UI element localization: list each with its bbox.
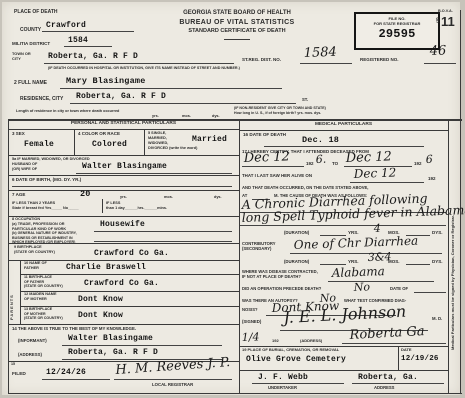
- length-of-residence-label: Length of residence in city or town wher…: [16, 109, 119, 114]
- age-mos-label: mos.: [164, 195, 173, 200]
- divider: [144, 129, 145, 155]
- attended-to-value: Dec 12: [345, 149, 392, 166]
- date-of-death-label: 16 DATE OF DEATH: [243, 132, 286, 138]
- where-contracted-label: WHERE WAS DISEASE CONTRACTED, IF NOT AT …: [242, 269, 318, 280]
- less-than-day-note: IF LESS than 1 day______hrs.______mins.: [106, 201, 167, 211]
- date-of-birth-label: 6 DATE OF BIRTH, (MO. DY. YR.): [12, 177, 81, 183]
- file-number-box: FILE NO. FOR STATE REGISTRAR 29595: [354, 12, 440, 50]
- rule: [242, 166, 304, 167]
- divider: [398, 346, 399, 370]
- filed-section-number: 15: [11, 362, 15, 367]
- death-occurred-label: AND THAT DEATH OCCURRED, ON THE DATE STA…: [242, 185, 368, 190]
- personal-section-title: PERSONAL AND STATISTICAL PARTICULARS: [8, 121, 239, 127]
- county-label: COUNTY: [20, 27, 41, 34]
- informant-value: Walter Blasingame: [68, 334, 153, 343]
- divider: [102, 199, 103, 213]
- divider: [8, 393, 462, 394]
- age-value: 20: [80, 189, 91, 199]
- registered-no-value: 46: [429, 43, 446, 59]
- militia-district-label: MILITIA DISTRICT: [12, 41, 50, 47]
- rule: [240, 225, 446, 226]
- burial-place-label: 19 PLACE OF BURIAL, CREMATION, OR REMOVA…: [242, 347, 339, 352]
- town-or-city-value: Roberta, Ga. R F D: [48, 52, 138, 61]
- contributory-label: CONTRIBUTORY (SECONDARY): [242, 241, 276, 252]
- divider: [239, 130, 448, 131]
- divider: [239, 370, 448, 371]
- org-line-3: STANDARD CERTIFICATE OF DEATH: [142, 28, 332, 35]
- stamp-value: 11: [441, 14, 455, 31]
- to-label: TO: [332, 161, 338, 167]
- divider: [8, 243, 239, 244]
- divider: [20, 260, 21, 324]
- last-saw-label: THAT I LAST SAW HER ALIVE ON: [242, 173, 312, 179]
- rule: [264, 146, 424, 147]
- year-handwritten: 6: [426, 153, 433, 166]
- occupation-value: Housewife: [100, 220, 145, 229]
- full-name-label: 2 FULL NAME: [14, 80, 47, 87]
- birthplace-label: 9 BIRTHPLACE (STATE OR COUNTRY): [14, 245, 55, 255]
- divider: [74, 129, 75, 155]
- sign-address-label: (ADDRESS): [300, 338, 322, 343]
- rule: [252, 383, 344, 384]
- rule: [42, 31, 134, 32]
- marital-label: 5 SINGLE, MARRIED, WIDOWED, DIVORCED (wr…: [148, 131, 197, 151]
- burial-place-value: Olive Grove Cemetery: [246, 355, 346, 364]
- informant-address-value: Roberta, Ga. R F D: [68, 348, 158, 357]
- rule: [62, 345, 222, 346]
- divider: [8, 129, 239, 130]
- divider: [8, 175, 239, 176]
- nonresident-note: (IF NON-RESIDENT GIVE CITY OR TOWN AND S…: [234, 106, 448, 115]
- age-dys-label: dys.: [214, 195, 222, 200]
- spouse-value: Walter Blasingame: [82, 162, 167, 171]
- county-value: Crawford: [46, 21, 86, 30]
- dys-label: DYS.: [432, 230, 443, 236]
- year-printed: 192: [428, 176, 436, 182]
- rule: [76, 173, 232, 174]
- rule: [350, 182, 424, 183]
- spouse-label: 5a IF MARRIED, WIDOWED, OR DIVORCED HUSB…: [12, 157, 90, 172]
- father-birthplace-value: Crawford Co Ga.: [84, 279, 159, 288]
- rule: [328, 281, 434, 282]
- last-saw-value: Dec 12: [354, 166, 397, 181]
- sex-value: Female: [24, 140, 54, 149]
- medical-particulars-margin-note: Medical Particulars must be signed by Ph…: [450, 124, 455, 350]
- divider: [448, 119, 449, 394]
- operation-label: DID AN OPERATION PRECEDE DEATH?: [242, 286, 321, 291]
- parents-label: PARENTS: [9, 266, 14, 320]
- filed-label: FILED: [12, 372, 26, 378]
- mother-birthplace-label: 13 BIRTHPLACE OF MOTHER (STATE OR COUNTR…: [24, 307, 63, 321]
- org-line-1: GEORGIA STATE BOARD OF HEALTH: [142, 10, 332, 18]
- stamp-prefix: §: [436, 18, 439, 26]
- death-certificate: PLACE OF DEATH COUNTY Crawford MILITIA D…: [2, 2, 460, 395]
- rule: [42, 379, 110, 380]
- local-registrar-label: LOCAL REGISTRAR: [152, 382, 193, 388]
- father-name-label: 10 NAME OF FATHER: [24, 261, 47, 271]
- mother-maiden-name-value: Dont Know: [78, 295, 123, 304]
- org-line-2: BUREAU OF VITAL STATISTICS: [142, 18, 332, 27]
- file-number-label: FILE NO. FOR STATE REGISTRAR: [356, 16, 438, 26]
- st-reg-dist-value: 1584: [303, 45, 337, 61]
- rule: [64, 46, 112, 47]
- rule: [94, 231, 232, 232]
- rule: [290, 253, 442, 254]
- rule: [60, 88, 282, 89]
- md-label: M. D.: [432, 316, 442, 322]
- rule: [70, 103, 296, 104]
- street-label: ST.: [302, 97, 308, 102]
- date-of-death-value: Dec. 18: [302, 135, 339, 145]
- residence-label: RESIDENCE, CITY: [20, 96, 63, 103]
- undertaker-address-label: ADDRESS: [374, 385, 394, 390]
- undertaker-address-value: Roberta, Ga.: [358, 373, 418, 382]
- race-label: 4 COLOR OR RACE: [78, 131, 120, 137]
- age-yrs-label: yrs.: [120, 195, 127, 200]
- divider: [8, 324, 239, 325]
- year-handwritten: 6.: [316, 153, 327, 166]
- yrs-label: YRS.: [348, 259, 359, 265]
- filed-date-value: 12/24/26: [46, 368, 86, 377]
- year-printed: 192: [414, 161, 422, 167]
- divider: [224, 39, 250, 40]
- hospital-note: (IF DEATH OCCURRED IN HOSPITAL OR INSTIT…: [48, 66, 240, 71]
- divider: [239, 119, 240, 394]
- nosis-label: NOSIS?: [242, 307, 258, 312]
- father-name-value: Charlie Braswell: [66, 263, 146, 272]
- militia-district-value: 1584: [68, 36, 88, 45]
- st-reg-dist-label: ST.REG. DIST. NO.: [242, 57, 281, 63]
- breastfed-note: IF LESS THAN 2 YEARS State if breast fed…: [12, 201, 79, 211]
- father-birthplace-label: 11 BIRTHPLACE OF FATHER (STATE OR COUNTR…: [24, 275, 63, 289]
- age-label: 7 AGE: [12, 192, 25, 198]
- medical-section-title: MEDICAL PARTICULARS: [239, 122, 448, 128]
- duration-label: (DURATION): [284, 259, 309, 265]
- rule: [406, 264, 430, 265]
- date-of-label: DATE OF: [390, 286, 408, 291]
- town-or-city-label: TOWN OR CITY: [12, 51, 31, 61]
- file-number-value: 29595: [356, 27, 438, 41]
- signed-label: (SIGNED): [242, 319, 261, 325]
- rule: [342, 343, 446, 344]
- sign-date-value: 1/4: [242, 330, 260, 344]
- duration-months-value: 4: [374, 222, 381, 235]
- rule: [94, 241, 232, 242]
- marital-value: Married: [192, 135, 227, 144]
- registered-no-label: REGISTERED NO.: [360, 57, 399, 63]
- attended-from-value: Dec 12: [243, 149, 290, 166]
- duration-label: (DURATION): [284, 230, 309, 236]
- rule: [414, 292, 446, 293]
- rule: [12, 186, 232, 187]
- race-value: Colored: [92, 140, 127, 149]
- where-contracted-value: Alabama: [332, 264, 385, 280]
- mos-label: MOS.: [388, 259, 400, 265]
- mother-maiden-name-label: 12 MAIDEN NAME OF MOTHER: [24, 292, 57, 302]
- rule: [114, 379, 232, 380]
- informant-label: (INFORMANT): [18, 338, 47, 344]
- undertaker-value: J. F. Webb: [258, 373, 308, 382]
- birthplace-value: Crawford Co Ga.: [94, 249, 169, 258]
- informant-address-label: (ADDRESS): [18, 352, 42, 358]
- contributory-value: One of Chr Diarrhea: [294, 234, 419, 252]
- burial-date-label: DATE: [401, 347, 412, 352]
- year-printed: 192: [306, 161, 314, 167]
- divider: [8, 119, 9, 394]
- full-name-value: Mary Blasingame: [66, 76, 146, 86]
- divider: [8, 155, 239, 156]
- rule: [352, 383, 444, 384]
- sign-address-value: Roberta Ga: [349, 324, 425, 343]
- undertaker-label: UNDERTAKER: [268, 385, 297, 390]
- rule: [44, 63, 234, 64]
- dys-label: DYS.: [432, 259, 443, 265]
- operation-value: No: [354, 280, 371, 294]
- year-printed: 192: [272, 338, 279, 343]
- rule: [424, 63, 456, 64]
- occupation-label: 8 OCCUPATION (a) TRADE, PROFESSION OR PA…: [12, 217, 66, 232]
- truth-statement: 14 THE ABOVE IS TRUE TO THE BEST OF MY K…: [12, 326, 136, 332]
- burial-date-value: 12/19/26: [401, 355, 439, 363]
- place-of-death-label: PLACE OF DEATH: [14, 9, 58, 16]
- divider: [8, 190, 239, 191]
- sex-label: 3 SEX: [12, 131, 25, 137]
- residence-value: Roberta, Ga. R F D: [76, 92, 166, 101]
- mother-birthplace-value: Dont Know: [78, 311, 123, 320]
- rule: [300, 63, 352, 64]
